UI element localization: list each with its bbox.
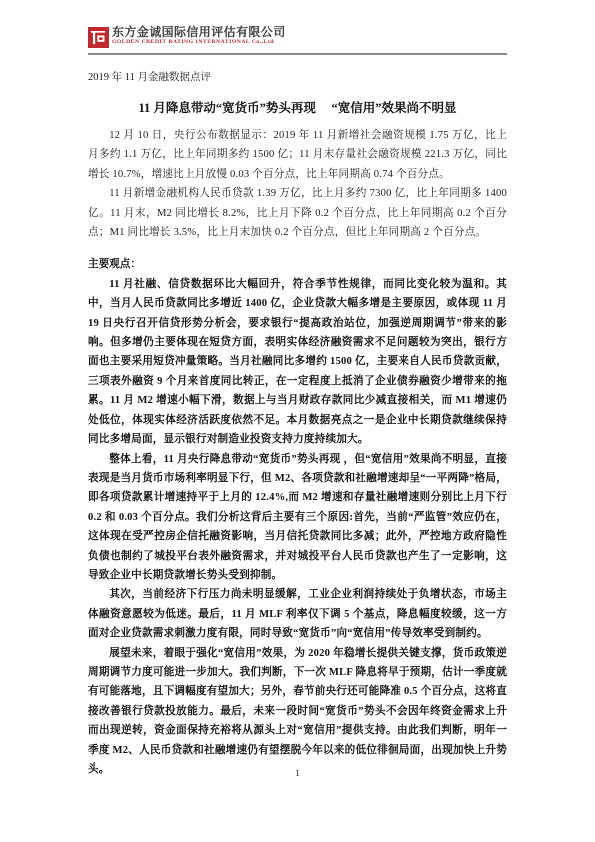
intro-paragraph-2: 11 月新增金融机构人民币贷款 1.39 万亿，比上月多约 7300 亿，比上年… (88, 184, 507, 242)
golden-credit-seal-icon (88, 27, 109, 48)
opinion-paragraph-4: 展望未来，着眼于强化“宽信用”效果，为 2020 年稳增长提供关键支撑，货币政策… (88, 644, 507, 780)
section-heading-main-points: 主要观点： (88, 255, 507, 274)
page-number: 1 (0, 768, 595, 778)
opinion-paragraph-1: 11 月社融、信贷数据环比大幅回升，符合季节性规律，而同比变化较为温和。其中，当… (88, 275, 507, 450)
opinion-paragraph-3: 其次，当前经济下行压力尚未明显缓解，工业企业利润持续处于负增状态，市场主体融资意… (88, 585, 507, 643)
letterhead: 东方金诚国际信用评估有限公司 GOLDEN CREDIT RATING INTE… (88, 26, 507, 55)
company-names: 东方金诚国际信用评估有限公司 GOLDEN CREDIT RATING INTE… (112, 26, 286, 46)
intro-paragraph-1: 12 月 10 日，央行公布数据显示：2019 年 11 月新增社会融资规模 1… (88, 126, 507, 184)
opinion-paragraph-2: 整体上看，11 月央行降息带动“宽货币”势头再现 ，但“宽信用”效果尚不明显，直… (88, 450, 507, 586)
document-page: 东方金诚国际信用评估有限公司 GOLDEN CREDIT RATING INTE… (0, 0, 595, 842)
company-name-en: GOLDEN CREDIT RATING INTERNATIONAL Co.,L… (112, 40, 286, 46)
page-title: 11 月降息带动“宽货币”势头再现 “宽信用”效果尚不明显 (88, 98, 507, 116)
doc-label: 2019 年 11 月金融数据点评 (88, 71, 507, 85)
company-name-cn: 东方金诚国际信用评估有限公司 (112, 26, 286, 38)
